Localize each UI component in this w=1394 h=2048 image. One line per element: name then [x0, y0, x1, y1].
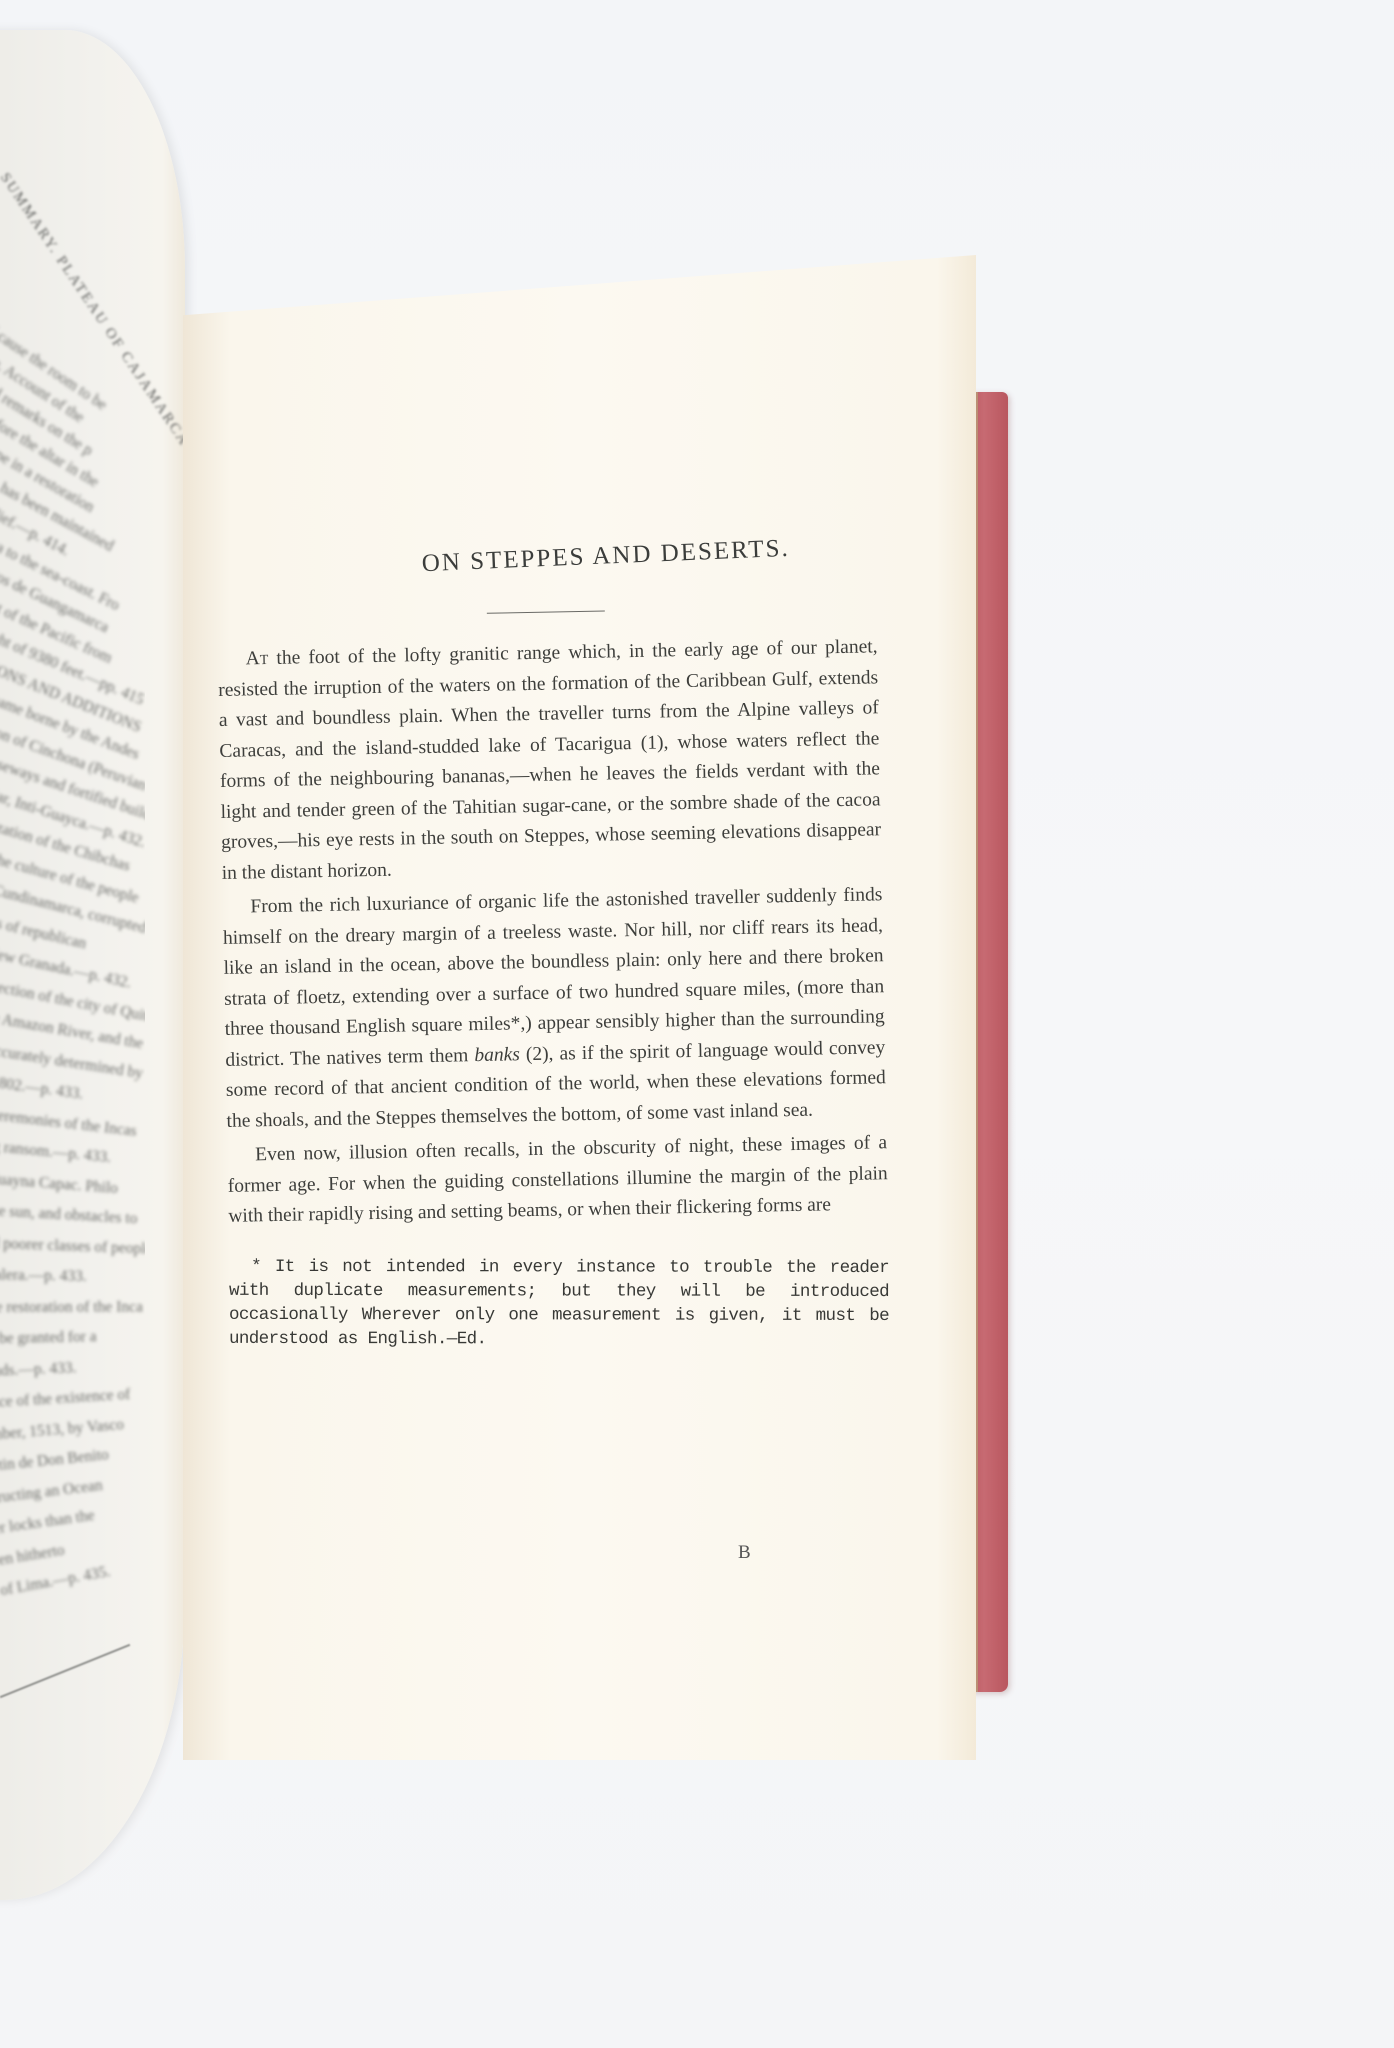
paragraph-2-italic: banks [474, 1044, 520, 1066]
left-page-line: the lower and poorer classes of people [0, 1232, 145, 1259]
paragraph-3: Even now, illusion often recalls, in the… [227, 1128, 889, 1232]
paragraph-1: At the foot of the lofty granitic range … [217, 632, 882, 889]
paragraph-1-text: the foot of the lofty granitic range whi… [218, 636, 881, 883]
right-page-content: ON STEPPES AND DESERTS. At the foot of t… [215, 507, 891, 1368]
left-page-line: pious court ceremonies of the Incas [0, 1098, 138, 1141]
paragraph-3-text: Even now, illusion often recalls, in the… [228, 1132, 888, 1227]
left-page-line: 15th of September, 1513, by Vasco [0, 1416, 124, 1451]
left-page-line: earliest evidence of the existence of [0, 1386, 131, 1417]
title-rule [487, 611, 605, 614]
left-page: SUMMARY. PLATEAU OF CAJAMARCA to which h… [0, 30, 185, 1900]
signature-mark: B [738, 1542, 751, 1564]
book-photo-scene: SUMMARY. PLATEAU OF CAJAMARCA to which h… [0, 0, 1394, 2048]
left-page-body: to which he would cause the room to bewo… [0, 260, 145, 1660]
footnote: * It is not intended in every instance t… [229, 1254, 889, 1351]
left-page-line: worship of the sun, and obstacles to [0, 1198, 138, 1228]
left-page-line: father Blas Valera.—p. 433. [0, 1265, 87, 1286]
left-page-line: of the longitude of Lima.—p. 435. [0, 1563, 112, 1618]
chapter-title: ON STEPPES AND DESERTS. [335, 531, 876, 582]
paragraph-1-lead: At [245, 648, 268, 669]
left-page-line: of the Inca Huayna Capac. Philo [0, 1165, 119, 1198]
left-page-line: request for the restoration of the Inca [0, 1298, 143, 1316]
left-page-line: which should be granted for a [0, 1328, 97, 1350]
paragraph-2: From the rich luxuriance of organic life… [222, 880, 887, 1137]
left-page-line: of unavailing ransom.—p. 433. [0, 1131, 112, 1167]
left-page-line: thousand pounds.—p. 433. [0, 1359, 77, 1384]
